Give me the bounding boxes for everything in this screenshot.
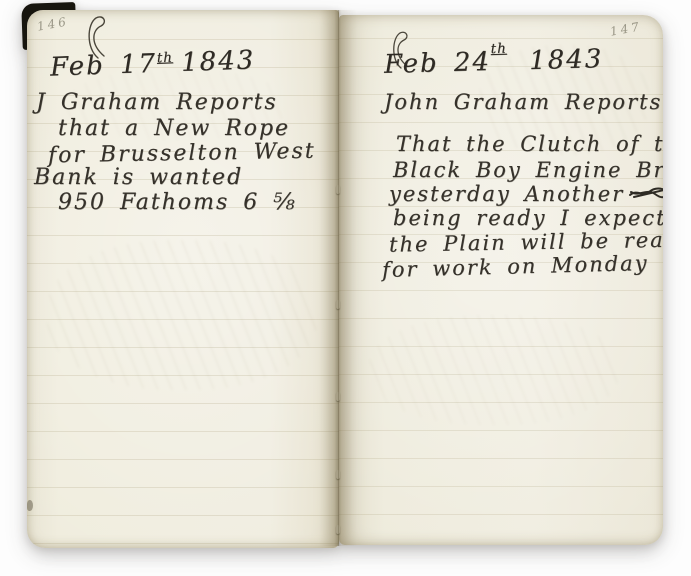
open-notebook: 146 Feb 17th1843 J Graham Reports that a… bbox=[0, 0, 691, 576]
date-day-month: Feb 24 bbox=[384, 47, 492, 80]
handwritten-line: 950 Fathoms 6 ⅝ bbox=[58, 190, 297, 215]
date-day-month: Feb 17 bbox=[50, 49, 158, 83]
left-page: 146 Feb 17th1843 J Graham Reports that a… bbox=[27, 10, 339, 548]
date-heading-right: Feb 24th1843 bbox=[384, 44, 604, 80]
handwritten-line: J Graham Reports bbox=[36, 90, 278, 115]
scribble-icon bbox=[628, 185, 663, 201]
right-page: 147 Feb 24th1843 John Graham Reports Tha… bbox=[339, 15, 663, 545]
handwritten-line: being ready I expect bbox=[393, 206, 663, 230]
handwritten-text: yesterday Another bbox=[389, 182, 624, 206]
page-number-left: 146 bbox=[36, 14, 70, 33]
photo-background: 146 Feb 17th1843 J Graham Reports that a… bbox=[0, 0, 691, 576]
handwritten-line: Bank is wanted bbox=[34, 165, 243, 190]
handwritten-line: That the Clutch of the bbox=[396, 132, 663, 156]
handwritten-line: John Graham Reports bbox=[384, 90, 662, 114]
page-edge-mark bbox=[27, 500, 33, 511]
date-ordinal: th bbox=[490, 41, 507, 57]
date-heading-left: Feb 17th1843 bbox=[50, 45, 256, 82]
handwritten-line: that a New Rope bbox=[58, 116, 290, 141]
ink-bleedthrough bbox=[369, 315, 619, 425]
handwritten-line: yesterday Another bbox=[389, 182, 663, 206]
date-year: 1843 bbox=[529, 44, 604, 76]
handwritten-line: Black Boy Engine Broke bbox=[393, 158, 663, 182]
handwritten-line: for Brusselton West bbox=[48, 139, 316, 169]
date-year: 1843 bbox=[181, 45, 256, 78]
ink-bleedthrough bbox=[47, 240, 317, 390]
date-ordinal: th bbox=[157, 50, 174, 67]
crossed-out-word bbox=[628, 182, 663, 206]
page-number-right: 147 bbox=[609, 19, 643, 38]
